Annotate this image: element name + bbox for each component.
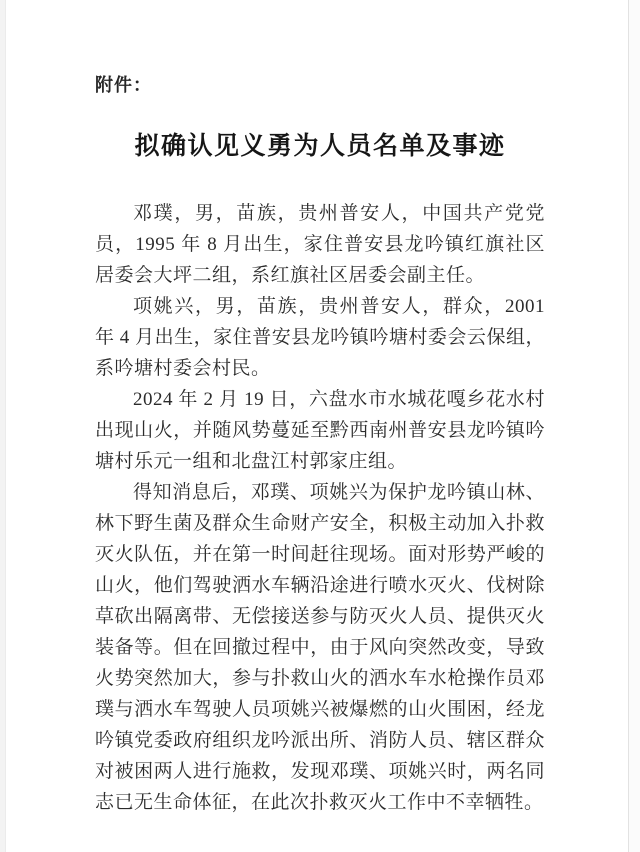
document-content: 附件： 拟确认见义勇为人员名单及事迹 邓璞，男，苗族，贵州普安人，中国共产党党员… — [95, 0, 545, 818]
document-page: 附件： 拟确认见义勇为人员名单及事迹 邓璞，男，苗族，贵州普安人，中国共产党党员… — [0, 0, 640, 852]
document-title: 拟确认见义勇为人员名单及事迹 — [95, 132, 545, 162]
attachment-label: 附件： — [95, 74, 545, 96]
paper-left-edge — [0, 0, 6, 852]
paragraph-rescue-deeds: 得知消息后，邓璞、项姚兴为保护龙吟镇山林、林下野生菌及群众生命财产安全，积极主动… — [95, 477, 545, 818]
paragraph-fire-incident: 2024 年 2 月 19 日，六盘水市水城花嘎乡花水村出现山火，并随风势蔓延至… — [95, 384, 545, 477]
paper-right-edge — [628, 0, 640, 852]
paragraph-person-xiangyaoxing: 项姚兴，男，苗族，贵州普安人，群众，2001 年 4 月出生，家住普安县龙吟镇吟… — [95, 291, 545, 384]
document-body: 邓璞，男，苗族，贵州普安人，中国共产党党员，1995 年 8 月出生，家住普安县… — [95, 198, 545, 818]
paragraph-person-dengpu: 邓璞，男，苗族，贵州普安人，中国共产党党员，1995 年 8 月出生，家住普安县… — [95, 198, 545, 291]
